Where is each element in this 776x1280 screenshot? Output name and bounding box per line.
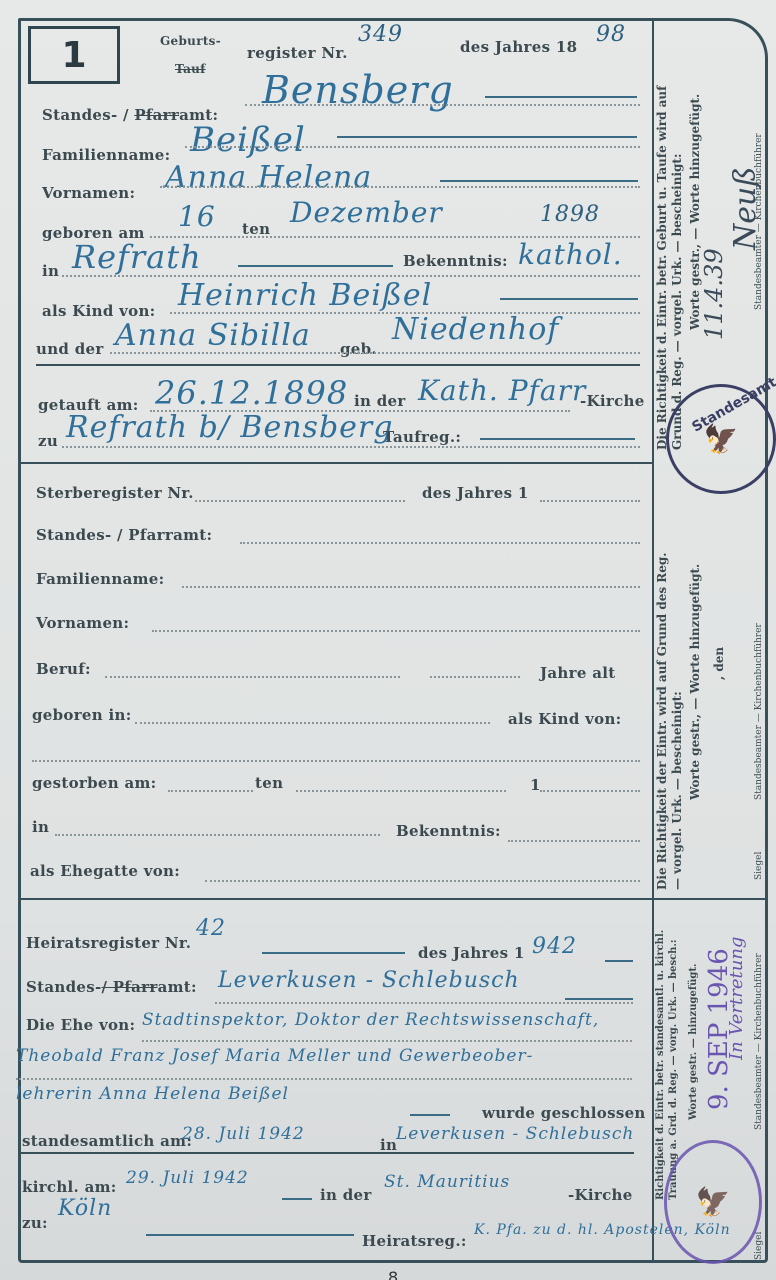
taufreg-label: Taufreg.:	[383, 428, 461, 446]
church-date: 29. Juli 1942	[126, 1168, 249, 1188]
marriage-office-value: Leverkusen - Schlebusch	[218, 968, 520, 993]
dotted-line	[245, 104, 640, 106]
death-child-of-label: als Kind von:	[508, 710, 622, 728]
dotted-line	[296, 790, 506, 792]
divider-civil-church	[18, 1152, 634, 1154]
age-label: Jahre alt	[540, 664, 615, 682]
register-type-baptism-struck: Tauf	[175, 62, 206, 76]
marriage-office-label: Standes-/ Pfarramt:	[26, 978, 197, 996]
marriage-words-text: Worte gestr. — hinzugefügt.	[688, 963, 699, 1120]
birth-register-number: 349	[358, 22, 403, 47]
marriage-zu-label: zu:	[22, 1214, 48, 1232]
pen-line	[238, 265, 393, 267]
dotted-line	[105, 676, 400, 678]
pen-line	[410, 1114, 450, 1116]
dotted-line	[160, 186, 640, 188]
divider-death-marriage	[18, 898, 768, 900]
dotted-line	[110, 352, 640, 354]
father-name: Heinrich Beißel	[178, 278, 432, 313]
register-type-birth: Geburts-	[160, 34, 221, 48]
dotted-line	[142, 1040, 632, 1042]
death-surname-label: Familienname:	[36, 570, 164, 588]
church-name: St. Mauritius	[384, 1172, 510, 1192]
mother-maiden-name: Niedenhof	[392, 312, 559, 347]
pen-line	[440, 180, 638, 182]
church-value: Kath. Pfarr	[418, 374, 586, 407]
dotted-line	[240, 542, 640, 544]
birth-year-label: des Jahres 18	[460, 38, 577, 56]
marriage-of-label: Die Ehe von:	[26, 1016, 135, 1034]
dotted-line	[205, 880, 640, 882]
death-given-label: Vornamen:	[36, 614, 129, 632]
dotted-line	[508, 840, 640, 842]
born-day: 16	[178, 200, 216, 233]
spouse-label: als Ehegatte von:	[30, 862, 180, 880]
mother-name: Anna Sibilla	[115, 318, 311, 353]
marriage-line-1: Stadtinspektor, Doktor der Rechtswissens…	[142, 1010, 599, 1030]
born-year: 1898	[540, 202, 600, 227]
dotted-line	[185, 146, 640, 148]
baptized-date: 26.12.1898	[155, 374, 348, 412]
pen-line	[485, 96, 637, 98]
dotted-line	[62, 446, 640, 448]
surname-value: Beißel	[190, 120, 306, 160]
civil-date: 28. Juli 1942	[182, 1124, 305, 1144]
in-der-label: in der	[354, 392, 406, 410]
civil-date-label: standesamtlich am:	[22, 1132, 192, 1150]
marriage-line-3: lehrerin Anna Helena Beißel	[16, 1084, 289, 1104]
dotted-line	[152, 630, 640, 632]
died-in-label: in	[32, 818, 49, 836]
marriage-register-label: Heiratsregister Nr.	[26, 934, 191, 952]
dotted-line	[182, 586, 640, 588]
card-number: 1	[28, 26, 120, 84]
pen-line	[146, 1234, 354, 1236]
pen-line	[262, 952, 405, 954]
pen-line	[565, 998, 633, 1000]
death-register-label: Sterberegister Nr.	[36, 484, 194, 502]
death-confession-label: Bekenntnis:	[396, 822, 501, 840]
death-den-text: , den	[712, 647, 726, 680]
birth-year-value: 98	[596, 22, 626, 47]
page-number: 8	[388, 1268, 398, 1280]
dotted-line	[195, 500, 405, 502]
document-page: 1 Geburts- Tauf register Nr. 349 des Jah…	[0, 0, 776, 1280]
birth-signature-date: 11.4.39	[700, 248, 728, 340]
pen-line	[500, 298, 638, 300]
concluded-label: wurde geschlossen	[482, 1104, 646, 1122]
marriage-cert-text-a: Richtigkeit d. Eintr. betr. standesamtl.…	[655, 930, 666, 1200]
side-column-divider	[652, 18, 654, 1263]
church-in-der-label: in der	[320, 1186, 372, 1204]
death-year-label: des Jahres 1	[422, 484, 529, 502]
died-label: gestorben am:	[32, 774, 157, 792]
occupation-label: Beruf:	[36, 660, 91, 678]
marriage-line-2: Theobald Franz Josef Maria Meller und Ge…	[16, 1046, 533, 1066]
born-in-label: in	[42, 262, 59, 280]
dotted-line	[540, 790, 640, 792]
surname-label: Familienname:	[42, 146, 170, 164]
given-names-value: Anna Helena	[165, 160, 372, 195]
death-cert-text-a: Die Richtigkeit der Eintr. wird auf Grun…	[655, 553, 669, 890]
dotted-line	[62, 275, 640, 277]
birth-register-label: register Nr.	[247, 44, 348, 62]
rule	[36, 364, 640, 366]
birth-cert-text-a: Die Richtigkeit d. Eintr. betr. Geburt u…	[655, 86, 669, 450]
marriage-registry-stamp: 🦅	[664, 1140, 762, 1264]
pen-line	[605, 960, 633, 962]
confession-value: kathol.	[518, 238, 623, 271]
pen-line	[480, 438, 635, 440]
death-words-text: Worte gestr., — Worte hinzugefügt.	[688, 564, 702, 800]
heiratsreg-label: Heiratsreg.:	[362, 1232, 467, 1250]
eagle-emblem-icon: 🦅	[696, 1186, 731, 1219]
born-month: Dezember	[290, 196, 443, 229]
dotted-line	[16, 1078, 632, 1080]
death-cert-text-b: — vorgel. Urk. — bescheinigt:	[670, 691, 684, 890]
confession-label: Bekenntnis:	[403, 252, 508, 270]
zu-label: zu	[38, 432, 58, 450]
death-born-in-label: geboren in:	[32, 706, 132, 724]
dotted-line	[55, 834, 380, 836]
pen-line	[282, 1198, 312, 1200]
and-the-label: und der	[36, 340, 104, 358]
dotted-line	[32, 760, 640, 762]
birth-registry-stamp: Standesamt 🦅	[666, 384, 776, 494]
civil-place: Leverkusen - Schlebusch	[396, 1124, 634, 1144]
dotted-line	[215, 1002, 633, 1004]
dotted-line	[168, 790, 253, 792]
kirche-label: -Kirche	[580, 392, 645, 410]
zu-value: Refrath b/ Bensberg	[66, 410, 393, 445]
given-names-label: Vornamen:	[42, 184, 135, 202]
pen-line	[337, 136, 637, 138]
death-office-label: Standes- / Pfarramt:	[36, 526, 212, 544]
marriage-zu-value: Köln	[58, 1196, 112, 1221]
nee-label: geb.	[340, 340, 377, 358]
marriage-seal-label: Siegel	[754, 1232, 764, 1260]
died-ten-label: ten	[255, 774, 283, 792]
marriage-register-number: 42	[196, 916, 226, 941]
marriage-year-label: des Jahres 1	[418, 944, 525, 962]
dotted-line	[430, 676, 520, 678]
marriage-official-label: Standesbeamter — Kirchenbuchführer	[754, 953, 764, 1130]
death-seal-label: Siegel	[754, 852, 764, 880]
born-place: Refrath	[72, 238, 202, 276]
divider-birth-death	[18, 462, 654, 464]
church-date-label: kirchl. am:	[22, 1178, 117, 1196]
dotted-line	[135, 722, 490, 724]
death-official-label: Standesbeamter — Kirchenbuchführer	[754, 623, 764, 800]
church-kirche-label: -Kirche	[568, 1186, 633, 1204]
eagle-emblem-icon: 🦅	[704, 423, 739, 456]
birth-official-label: Standesbeamter — Kirchenbuchführer	[754, 133, 764, 310]
dotted-line	[540, 500, 640, 502]
marriage-signature-stamp: In Vertretung	[726, 937, 747, 1060]
civil-in-label: in	[380, 1136, 397, 1154]
marriage-year-value: 942	[532, 934, 577, 959]
